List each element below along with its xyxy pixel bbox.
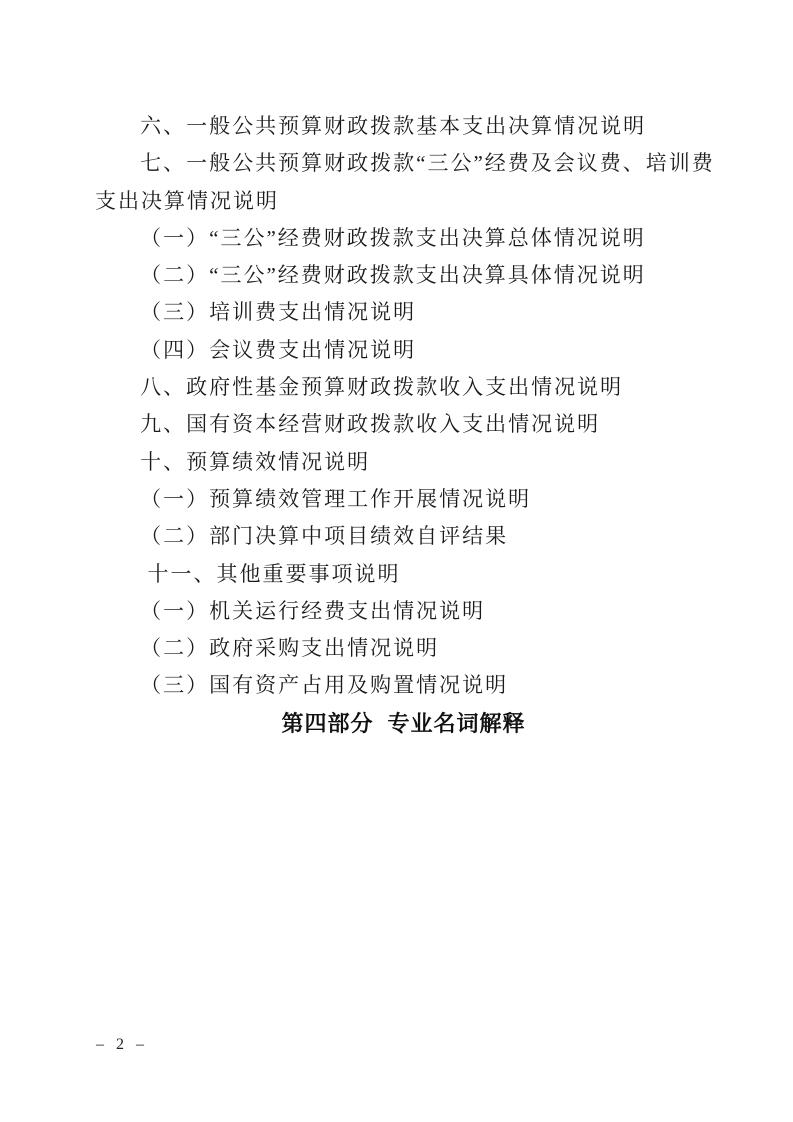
toc-line: （三）国有资产占用及购置情况说明	[95, 667, 712, 704]
toc-line: （二）政府采购支出情况说明	[95, 630, 712, 667]
toc-line: （四）会议费支出情况说明	[95, 332, 712, 369]
toc-line: （一）“三公”经费财政拨款支出决算总体情况说明	[95, 220, 712, 257]
toc-line: 八、政府性基金预算财政拨款收入支出情况说明	[95, 369, 712, 406]
toc-line: （二）部门决算中项目绩效自评结果	[95, 518, 712, 555]
toc-line: 七、一般公共预算财政拨款“三公”经费及会议费、培训费	[95, 145, 712, 182]
toc-line: （一）机关运行经费支出情况说明	[95, 593, 712, 630]
toc-line: 六、一般公共预算财政拨款基本支出决算情况说明	[95, 108, 712, 145]
toc-line: 十、预算绩效情况说明	[95, 444, 712, 481]
toc-line: （一）预算绩效管理工作开展情况说明	[95, 481, 712, 518]
section-heading: 第四部分 专业名词解释	[95, 705, 712, 742]
document-page: 六、一般公共预算财政拨款基本支出决算情况说明 七、一般公共预算财政拨款“三公”经…	[0, 0, 793, 1122]
toc-line: 十一、其他重要事项说明	[95, 556, 712, 593]
toc-line: （二）“三公”经费财政拨款支出决算具体情况说明	[95, 257, 712, 294]
toc-list: 六、一般公共预算财政拨款基本支出决算情况说明 七、一般公共预算财政拨款“三公”经…	[95, 108, 712, 742]
toc-line-continuation: 支出决算情况说明	[95, 183, 712, 220]
toc-line: （三）培训费支出情况说明	[95, 294, 712, 331]
toc-line: 九、国有资本经营财政拨款收入支出情况说明	[95, 406, 712, 443]
page-number: – 2 –	[96, 1036, 148, 1054]
